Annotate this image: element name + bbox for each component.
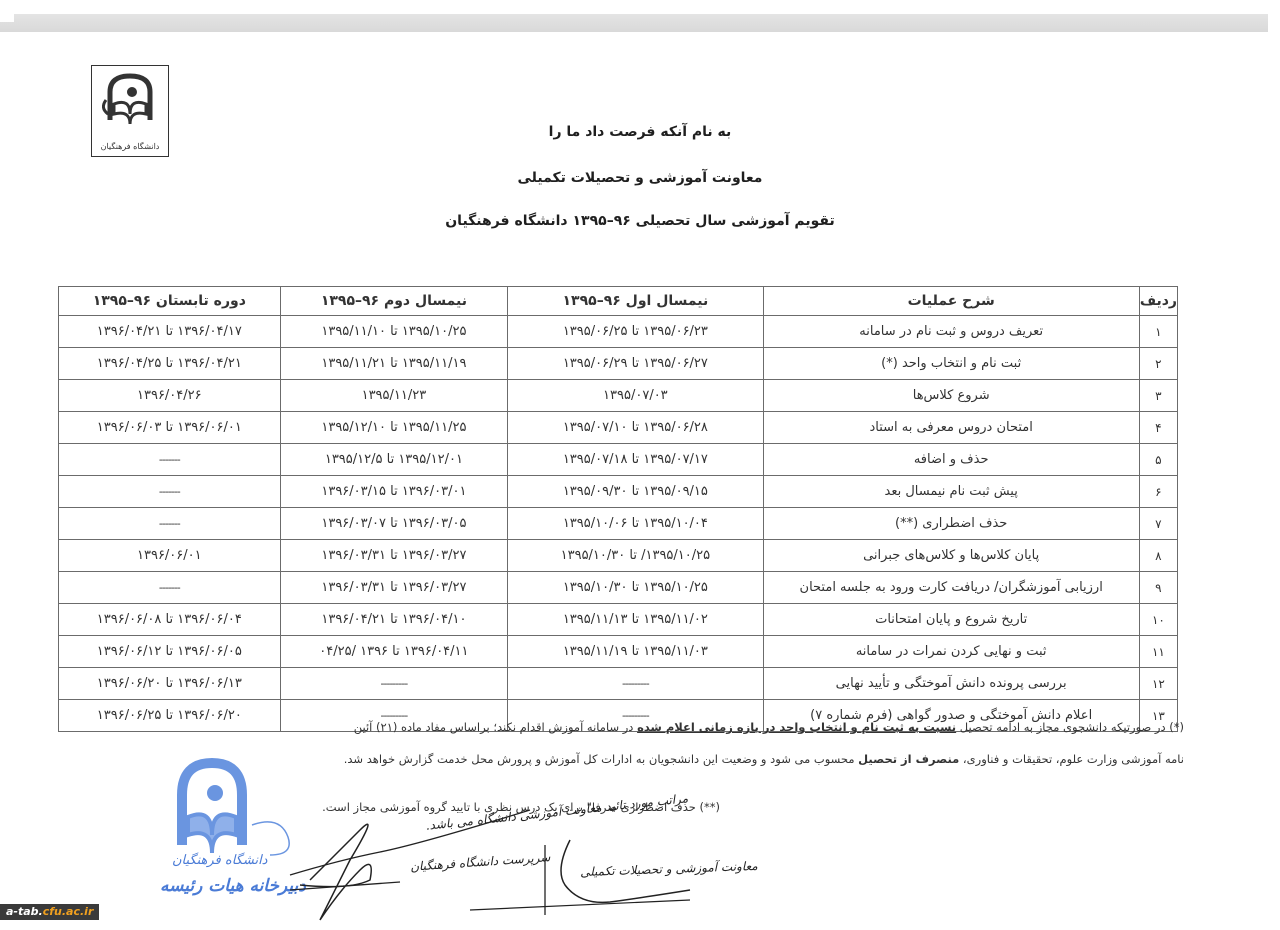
- row-semester1: ۱۳۹۵/۰۶/۲۸ تا ۱۳۹۵/۰۷/۱۰: [508, 412, 763, 444]
- row-summer: ۱۳۹۶/۰۶/۰۴ تا ۱۳۹۶/۰۶/۰۸: [59, 604, 281, 636]
- table-row: ۲ ثبت نام و انتخاب واحد (*) ۱۳۹۵/۰۶/۲۷ ت…: [59, 348, 1178, 380]
- row-summer: ۱۳۹۶/۰۶/۰۵ تا ۱۳۹۶/۰۶/۱۲: [59, 636, 281, 668]
- row-number: ۶: [1139, 476, 1177, 508]
- row-number: ۹: [1139, 572, 1177, 604]
- row-semester1: ۱۳۹۵/۰۷/۰۳: [508, 380, 763, 412]
- watermark-prefix: a-tab.: [6, 905, 43, 918]
- table-row: ۱۲ بررسی پرونده دانش آموختگی و تأیید نها…: [59, 668, 1178, 700]
- watermark-domain: cfu.ac.ir: [43, 905, 94, 918]
- table-row: ۵ حذف و اضافه ۱۳۹۵/۰۷/۱۷ تا ۱۳۹۵/۰۷/۱۸ ۱…: [59, 444, 1178, 476]
- page-title: تقویم آموزشی سال تحصیلی ۹۶–۱۳۹۵ دانشگاه …: [0, 213, 1280, 229]
- university-logo: دانشگاه فرهنگیان: [91, 65, 169, 157]
- footnote-1-suffix: در سامانه آموزش اقدام نکند؛ براساس مفاد …: [354, 720, 637, 734]
- row-summer: ۱۳۹۶/۰۴/۱۷ تا ۱۳۹۶/۰۴/۲۱: [59, 316, 281, 348]
- row-summer: ۱۳۹۶/۰۶/۰۱: [59, 540, 281, 572]
- table-row: ۱۱ ثبت و نهایی کردن نمرات در سامانه ۱۳۹۵…: [59, 636, 1178, 668]
- table-row: ۸ پایان کلاس‌ها و کلاس‌های جبرانی ۱۳۹۵/۱…: [59, 540, 1178, 572]
- row-summer: -------: [59, 508, 281, 540]
- footnote-2-prefix: نامه آموزشی وزارت علوم، تحقیقات و فناوری…: [959, 752, 1184, 766]
- footnote-1: (*) در صورتیکه دانشجوی مجاز به ادامه تحص…: [124, 720, 1184, 734]
- row-semester1: ۱۳۹۵/۱۱/۰۳ تا ۱۳۹۵/۱۱/۱۹: [508, 636, 763, 668]
- university-emblem-icon: [96, 70, 164, 132]
- row-semester1: ۱۳۹۵/۰۶/۲۳ تا ۱۳۹۵/۰۶/۲۵: [508, 316, 763, 348]
- row-semester2: ۱۳۹۵/۱۱/۲۳: [280, 380, 508, 412]
- row-semester2: ۱۳۹۶/۰۳/۰۵ تا ۱۳۹۶/۰۳/۰۷: [280, 508, 508, 540]
- row-semester2: ---------: [280, 668, 508, 700]
- row-description: پایان کلاس‌ها و کلاس‌های جبرانی: [763, 540, 1139, 572]
- row-summer: ۱۳۹۶/۰۶/۰۱ تا ۱۳۹۶/۰۶/۰۳: [59, 412, 281, 444]
- row-semester1: ۱۳۹۵/۱۰/۰۴ تا ۱۳۹۵/۱۰/۰۶: [508, 508, 763, 540]
- stamp-text-university: دانشگاه فرهنگیان: [172, 853, 267, 868]
- header-semester2: نیمسال دوم ۹۶–۱۳۹۵: [280, 287, 508, 316]
- row-semester2: ۱۳۹۶/۰۳/۰۱ تا ۱۳۹۶/۰۳/۱۵: [280, 476, 508, 508]
- row-summer: -------: [59, 476, 281, 508]
- table-row: ۷ حذف اضطراری (**) ۱۳۹۵/۱۰/۰۴ تا ۱۳۹۵/۱۰…: [59, 508, 1178, 540]
- row-description: پیش ثبت نام نیمسال بعد: [763, 476, 1139, 508]
- row-number: ۲: [1139, 348, 1177, 380]
- row-semester1: ۱۳۹۵/۰۶/۲۷ تا ۱۳۹۵/۰۶/۲۹: [508, 348, 763, 380]
- row-semester2: ۱۳۹۶/۰۴/۱۱ تا ۱۳۹۶ /۰۴/۲۵: [280, 636, 508, 668]
- row-number: ۱۰: [1139, 604, 1177, 636]
- logo-caption: دانشگاه فرهنگیان: [92, 142, 168, 151]
- footnote-1-bold: نسبت به ثبت نام و انتخاب واحد در بازه زم…: [637, 720, 956, 734]
- table-row: ۱ تعریف دروس و ثبت نام در سامانه ۱۳۹۵/۰۶…: [59, 316, 1178, 348]
- site-watermark: a-tab.cfu.ac.ir: [0, 904, 99, 920]
- table-row: ۶ پیش ثبت نام نیمسال بعد ۱۳۹۵/۰۹/۱۵ تا ۱…: [59, 476, 1178, 508]
- header-description: شرح عملیات: [763, 287, 1139, 316]
- row-summer: ۱۳۹۶/۰۴/۲۱ تا ۱۳۹۶/۰۴/۲۵: [59, 348, 281, 380]
- row-semester1: ۱۳۹۵/۰۷/۱۷ تا ۱۳۹۵/۰۷/۱۸: [508, 444, 763, 476]
- row-description: ثبت و نهایی کردن نمرات در سامانه: [763, 636, 1139, 668]
- row-semester1: ۱۳۹۵/۱۰/۲۵ تا ۱۳۹۵/۱۰/۳۰: [508, 572, 763, 604]
- row-description: ثبت نام و انتخاب واحد (*): [763, 348, 1139, 380]
- table-row: ۴ امتحان دروس معرفی به استاد ۱۳۹۵/۰۶/۲۸ …: [59, 412, 1178, 444]
- header-summer: دوره تابستان ۹۶–۱۳۹۵: [59, 287, 281, 316]
- row-summer: -------: [59, 572, 281, 604]
- footnote-2-suffix: محسوب می شود و وضعیت این دانشجویان به اد…: [344, 752, 858, 766]
- row-semester2: ۱۳۹۵/۱۲/۰۱ تا ۱۳۹۵/۱۲/۵: [280, 444, 508, 476]
- row-summer: ۱۳۹۶/۰۶/۱۳ تا ۱۳۹۶/۰۶/۲۰: [59, 668, 281, 700]
- row-description: ارزیابی آموزشگران/ دریافت کارت ورود به ج…: [763, 572, 1139, 604]
- row-number: ۱: [1139, 316, 1177, 348]
- row-semester1: ۱۳۹۵/۰۹/۱۵ تا ۱۳۹۵/۰۹/۳۰: [508, 476, 763, 508]
- header-basmala: به نام آنکه فرصت داد ما را: [0, 124, 1280, 140]
- row-semester2: ۱۳۹۵/۱۰/۲۵ تا ۱۳۹۵/۱۱/۱۰: [280, 316, 508, 348]
- footnote-1-prefix: (*) در صورتیکه دانشجوی مجاز به ادامه تحص…: [956, 720, 1184, 734]
- row-number: ۷: [1139, 508, 1177, 540]
- row-summer: -------: [59, 444, 281, 476]
- row-description: حذف اضطراری (**): [763, 508, 1139, 540]
- row-description: حذف و اضافه: [763, 444, 1139, 476]
- row-description: شروع کلاس‌ها: [763, 380, 1139, 412]
- scan-edge-band: [0, 14, 1268, 32]
- row-semester2: ۱۳۹۶/۰۳/۲۷ تا ۱۳۹۶/۰۳/۳۱: [280, 572, 508, 604]
- row-number: ۱۲: [1139, 668, 1177, 700]
- row-number: ۱۱: [1139, 636, 1177, 668]
- row-description: تعریف دروس و ثبت نام در سامانه: [763, 316, 1139, 348]
- row-semester1: ۱۳۹۵/۱۱/۰۲ تا ۱۳۹۵/۱۱/۱۳: [508, 604, 763, 636]
- footnote-2-bold: منصرف از تحصیل: [858, 752, 959, 766]
- row-summer: ۱۳۹۶/۰۴/۲۶: [59, 380, 281, 412]
- table-row: ۹ ارزیابی آموزشگران/ دریافت کارت ورود به…: [59, 572, 1178, 604]
- header-row-no: ردیف: [1139, 287, 1177, 316]
- header-department: معاونت آموزشی و تحصیلات تکمیلی: [0, 170, 1280, 186]
- table-row: ۱۰ تاریخ شروع و پایان امتحانات ۱۳۹۵/۱۱/۰…: [59, 604, 1178, 636]
- row-semester2: ۱۳۹۵/۱۱/۱۹ تا ۱۳۹۵/۱۱/۲۱: [280, 348, 508, 380]
- row-number: ۵: [1139, 444, 1177, 476]
- row-description: تاریخ شروع و پایان امتحانات: [763, 604, 1139, 636]
- header-semester1: نیمسال اول ۹۶–۱۳۹۵: [508, 287, 763, 316]
- row-semester1: ۱۳۹۵/۱۰/۲۵/ تا ۱۳۹۵/۱۰/۳۰: [508, 540, 763, 572]
- scan-edge-notch: [0, 14, 14, 22]
- row-semester1: ---------: [508, 668, 763, 700]
- row-semester2: ۱۳۹۶/۰۴/۱۰ تا ۱۳۹۶/۰۴/۲۱: [280, 604, 508, 636]
- row-number: ۴: [1139, 412, 1177, 444]
- row-number: ۳: [1139, 380, 1177, 412]
- row-semester2: ۱۳۹۵/۱۱/۲۵ تا ۱۳۹۵/۱۲/۱۰: [280, 412, 508, 444]
- row-description: بررسی پرونده دانش آموختگی و تأیید نهایی: [763, 668, 1139, 700]
- academic-calendar-table: ردیف شرح عملیات نیمسال اول ۹۶–۱۳۹۵ نیمسا…: [58, 286, 1178, 732]
- table-row: ۳ شروع کلاس‌ها ۱۳۹۵/۰۷/۰۳ ۱۳۹۵/۱۱/۲۳ ۱۳۹…: [59, 380, 1178, 412]
- row-number: ۸: [1139, 540, 1177, 572]
- row-description: امتحان دروس معرفی به استاد: [763, 412, 1139, 444]
- row-semester2: ۱۳۹۶/۰۳/۲۷ تا ۱۳۹۶/۰۳/۳۱: [280, 540, 508, 572]
- table-header-row: ردیف شرح عملیات نیمسال اول ۹۶–۱۳۹۵ نیمسا…: [59, 287, 1178, 316]
